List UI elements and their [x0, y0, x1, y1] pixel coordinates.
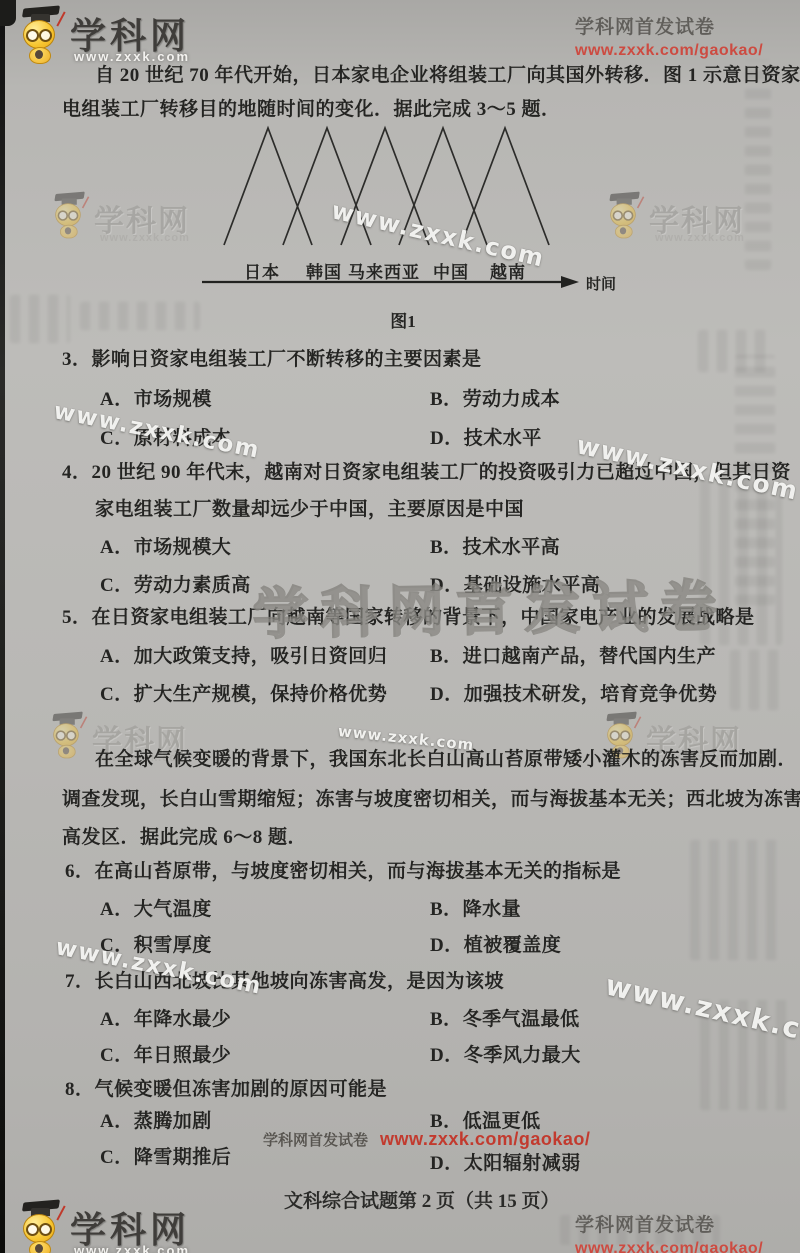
- mid-page-banner: 学科网首发试卷www.zxxk.com/gaokao/: [263, 1129, 590, 1150]
- gaokao-url: www.zxxk.com/gaokao/: [575, 42, 763, 60]
- question-7-option-a: A．年降水最少: [100, 1004, 231, 1031]
- question-8-option-d: D．太阳辐射减弱: [430, 1148, 581, 1175]
- question-8-option-a: A．蒸腾加剧: [100, 1106, 212, 1133]
- question-3-option-b: B．劳动力成本: [430, 384, 560, 411]
- watermark-site-url: www.zxxk.com: [100, 232, 190, 244]
- question-4-stem-line2: 家电组装工厂数量却远少于中国，主要原因是中国: [95, 494, 524, 521]
- bleedthrough-smudge: [10, 295, 70, 343]
- banner-url: www.zxxk.com/gaokao/: [380, 1129, 590, 1149]
- question-6-option-b: B．降水量: [430, 894, 521, 921]
- watermark-site-url: www.zxxk.com: [655, 232, 745, 244]
- footer-slogan-block: 学科网首发试卷 www.zxxk.com/gaokao/: [575, 1210, 763, 1253]
- question-4-option-c: C．劳动力素质高: [100, 570, 251, 597]
- figure1-country-malaysia: 马来西亚: [348, 258, 420, 283]
- slogan-watermark: 学科网首发试卷: [252, 562, 729, 649]
- scan-edge: [0, 0, 5, 1253]
- page-number-label: 文科综合试题第 2 页（共 15 页）: [284, 1186, 560, 1213]
- question-6-option-a: A．大气温度: [100, 894, 212, 921]
- zxxk-mascot-icon: [48, 192, 90, 238]
- intro2-line3: 高发区．据此完成 6～8 题．: [62, 822, 307, 849]
- figure1-country-korea: 韩国: [306, 258, 342, 283]
- question-7-option-c: C．年日照最少: [100, 1040, 231, 1067]
- question-7-option-d: D．冬季风力最大: [430, 1040, 581, 1067]
- scan-edge-corner: [0, 0, 16, 26]
- question-4-option-a: A．市场规模大: [100, 532, 231, 559]
- site-url: www.zxxk.com: [74, 1243, 190, 1253]
- zxxk-mascot-icon: [14, 6, 66, 64]
- banner-slogan: 学科网首发试卷: [263, 1132, 368, 1149]
- question-5-option-c: C．扩大生产规模，保持价格优势: [100, 679, 387, 706]
- figure1-caption: 图1: [390, 307, 416, 332]
- intro2-line2: 调查发现，长白山雪期缩短；冻害与坡度密切相关，而与海拔基本无关；西北坡为冻害: [62, 784, 800, 811]
- bleedthrough-smudge: [80, 302, 200, 330]
- intro1-line1: 自 20 世纪 70 年代开始，日本家电企业将组装工厂向其国外转移．图 1 示意…: [95, 60, 800, 87]
- intro1-line2: 电组装工厂转移目的地随时间的变化．据此完成 3～5 题．: [62, 94, 561, 121]
- slogan-text: 学科网首发试卷: [575, 1210, 763, 1237]
- zxxk-footer-logo: 学科网 www.zxxk.com: [10, 1198, 260, 1253]
- bleedthrough-smudge: [690, 840, 785, 960]
- axis-arrow-icon: [561, 276, 579, 288]
- header-slogan-block: 学科网首发试卷 www.zxxk.com/gaokao/: [575, 12, 763, 60]
- question-5-option-d: D．加强技术研发，培育竞争优势: [430, 679, 717, 706]
- question-3-option-a: A．市场规模: [100, 384, 212, 411]
- question-6-stem: 6．在高山苔原带，与坡度密切相关，而与海拔基本无关的指标是: [65, 856, 621, 883]
- figure1-country-china: 中国: [433, 258, 469, 283]
- zxxk-watermark-logo: 学科网 www.zxxk.com: [48, 190, 218, 256]
- slogan-text: 学科网首发试卷: [575, 12, 763, 39]
- question-3-stem: 3．影响日资家电组装工厂不断转移的主要因素是: [62, 344, 482, 371]
- question-4-option-b: B．技术水平高: [430, 532, 560, 559]
- question-7-option-b: B．冬季气温最低: [430, 1004, 580, 1031]
- bleedthrough-smudge: [730, 650, 785, 710]
- question-3-option-d: D．技术水平: [430, 423, 542, 450]
- zxxk-mascot-icon: [14, 1200, 66, 1253]
- question-8-stem: 8．气候变暖但冻害加剧的原因可能是: [65, 1074, 387, 1101]
- scanned-exam-page: 学科网 www.zxxk.com 学科网 www.zxxk.com 学科网 ww…: [0, 0, 800, 1253]
- figure1-country-japan: 日本: [244, 258, 280, 283]
- question-6-option-d: D．植被覆盖度: [430, 930, 561, 957]
- gaokao-url: www.zxxk.com/gaokao/: [575, 1240, 763, 1253]
- zxxk-header-logo: 学科网 www.zxxk.com: [10, 4, 260, 66]
- zxxk-mascot-icon: [46, 712, 88, 758]
- figure1-time-axis-label: 时间: [586, 273, 616, 294]
- question-8-option-c: C．降雪期推后: [100, 1142, 231, 1169]
